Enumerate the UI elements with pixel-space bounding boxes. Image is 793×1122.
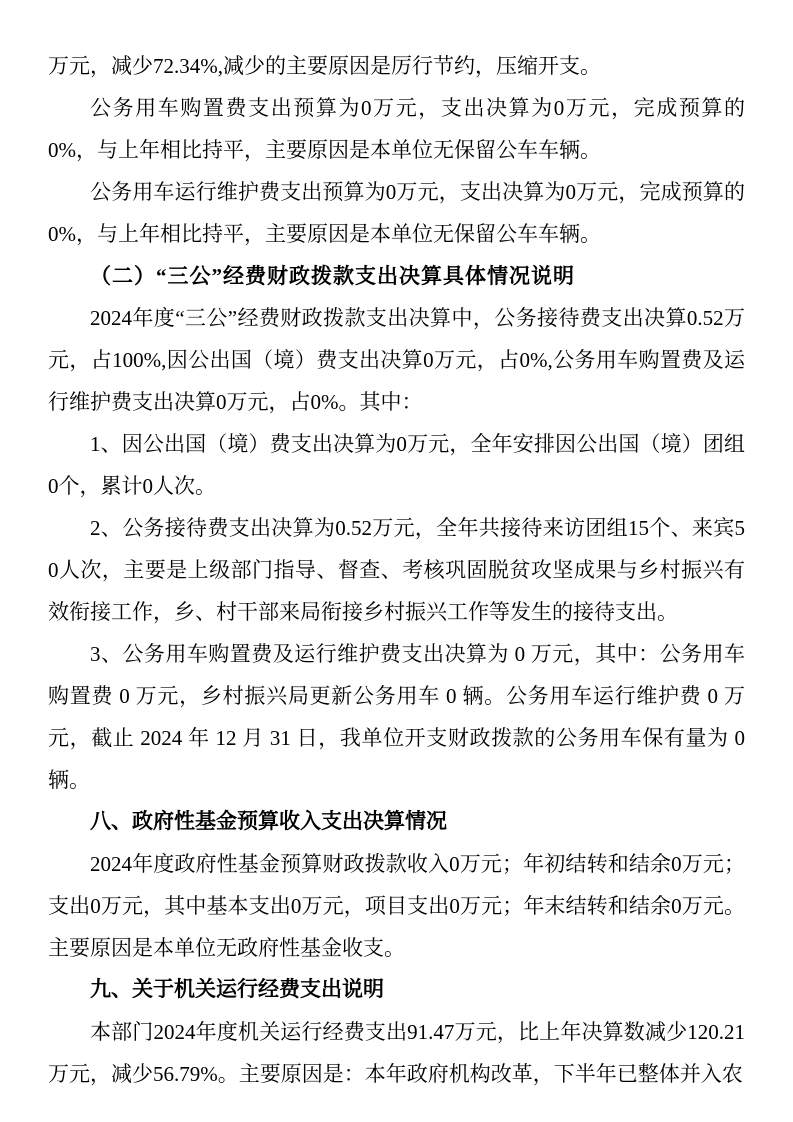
paragraph-government-fund-details: 2024年度政府性基金预算财政拨款收入0万元；年初结转和结余0万元；支出0万元，…	[48, 843, 745, 969]
paragraph-item3-vehicle-purchase-maintenance: 3、公务用车购置费及运行维护费支出决算为 0 万元，其中：公务用车购置费 0 万…	[48, 633, 745, 801]
paragraph-vehicle-maintenance-budget: 公务用车运行维护费支出预算为0万元，支出决算为0万元，完成预算的0%，与上年相比…	[48, 171, 745, 255]
section-heading-agency-operating-expense: 九、关于机关运行经费支出说明	[48, 969, 745, 1011]
document-page: 万元，减少72.34%,减少的主要原因是厉行节约，压缩开支。 公务用车购置费支出…	[0, 0, 793, 1122]
paragraph-item1-overseas-trips: 1、因公出国（境）费支出决算为0万元，全年安排因公出国（境）团组0个，累计0人次…	[48, 423, 745, 507]
section-heading-three-public-funds-detail: （二）“三公”经费财政拨款支出决算具体情况说明	[48, 255, 745, 297]
paragraph-three-public-funds-summary: 2024年度“三公”经费财政拨款支出决算中，公务接待费支出决算0.52万元，占1…	[48, 297, 745, 423]
section-heading-government-fund-budget: 八、政府性基金预算收入支出决算情况	[48, 801, 745, 843]
paragraph-vehicle-expense-continuation: 万元，减少72.34%,减少的主要原因是厉行节约，压缩开支。	[48, 45, 745, 87]
paragraph-agency-operating-expense-details: 本部门2024年度机关运行经费支出91.47万元，比上年决算数减少120.21万…	[48, 1011, 745, 1095]
paragraph-vehicle-purchase-budget: 公务用车购置费支出预算为0万元，支出决算为0万元，完成预算的0%，与上年相比持平…	[48, 87, 745, 171]
paragraph-item2-official-reception: 2、公务接待费支出决算为0.52万元，全年共接待来访团组15个、来宾50人次，主…	[48, 507, 745, 633]
